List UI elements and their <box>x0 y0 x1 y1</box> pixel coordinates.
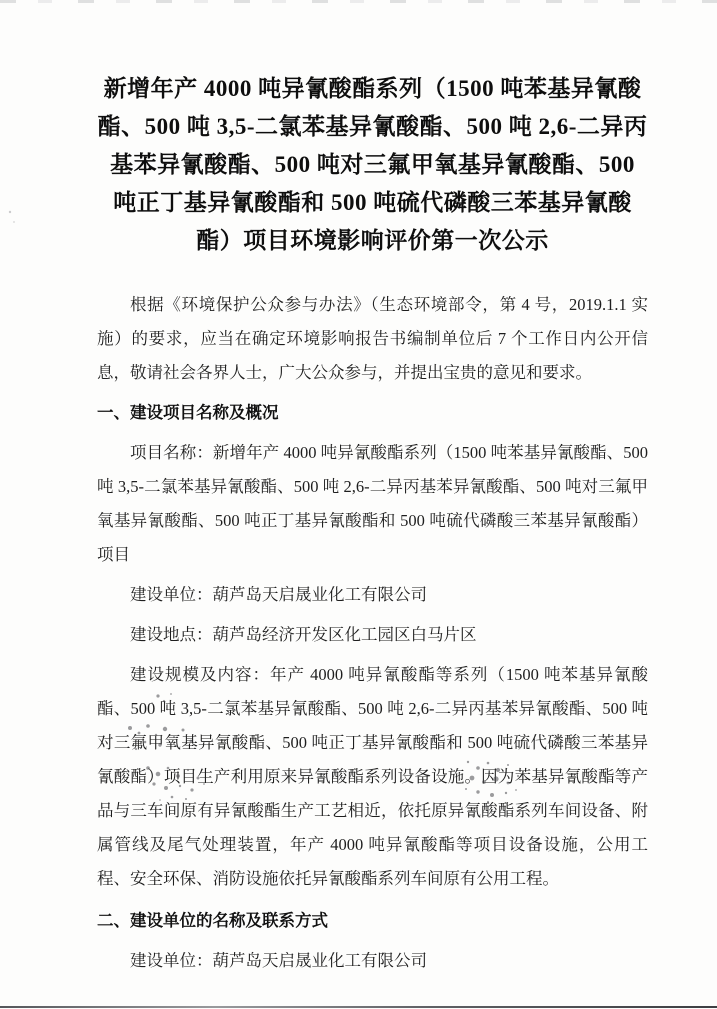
construction-site-paragraph: 建设地点：葫芦岛经济开发区化工园区白马片区 <box>97 618 648 652</box>
project-name-paragraph: 项目名称：新增年产 4000 吨异氰酸酯系列（1500 吨苯基异氰酸酯、500 … <box>97 436 648 572</box>
title-line-3: 基苯异氰酸酯、500 吨对三氟甲氧基异氰酸酯、500 <box>97 146 648 184</box>
title-line-4: 吨正丁基异氰酸酯和 500 吨硫代磷酸三苯基异氰酸 <box>97 184 648 222</box>
scale-and-content-paragraph: 建设规模及内容：年产 4000 吨异氰酸酯等系列（1500 吨苯基异氰酸酯、50… <box>97 658 648 896</box>
document-title: 新增年产 4000 吨异氰酸酯系列（1500 吨苯基异氰酸 酯、500 吨 3,… <box>97 70 648 260</box>
section1-heading: 一、建设项目名称及概况 <box>97 396 648 430</box>
scanned-document-page: 新增年产 4000 吨异氰酸酯系列（1500 吨苯基异氰酸 酯、500 吨 3,… <box>0 0 717 1009</box>
title-line-5: 酯）项目环境影响评价第一次公示 <box>97 222 648 260</box>
document-content: 新增年产 4000 吨异氰酸酯系列（1500 吨苯基异氰酸 酯、500 吨 3,… <box>97 0 648 978</box>
section2-construction-unit-paragraph: 建设单位：葫芦岛天启晟业化工有限公司 <box>97 944 648 978</box>
intro-paragraph: 根据《环境保护公众参与办法》（生态环境部令，第 4 号，2019.1.1 实施）… <box>97 288 648 390</box>
construction-unit-paragraph: 建设单位：葫芦岛天启晟业化工有限公司 <box>97 578 648 612</box>
section2-heading: 二、建设单位的名称及联系方式 <box>97 904 648 938</box>
title-line-2: 酯、500 吨 3,5-二氯苯基异氰酸酯、500 吨 2,6-二异丙 <box>97 108 648 146</box>
scan-artifact-bottom-edge <box>0 1006 717 1008</box>
title-line-1: 新增年产 4000 吨异氰酸酯系列（1500 吨苯基异氰酸 <box>97 70 648 108</box>
